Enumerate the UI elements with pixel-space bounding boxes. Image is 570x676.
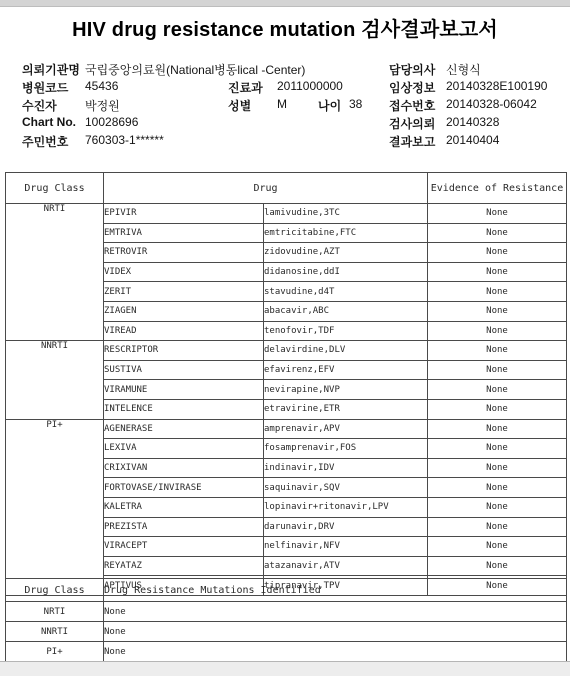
drug-brand-cell: LEXIVA — [104, 439, 264, 459]
drug-brand-cell: REYATAZ — [104, 556, 264, 576]
report-date-value: 20140404 — [446, 133, 499, 147]
order-date-value: 20140328 — [446, 115, 499, 129]
evidence-cell: None — [428, 399, 567, 419]
requesting-org-label: 의뢰기관명 — [22, 61, 80, 78]
evidence-cell: None — [428, 439, 567, 459]
drug-generic-cell: delavirdine,DLV — [264, 341, 428, 361]
department-value: 2011000000 — [277, 79, 343, 93]
page-title: HIV drug resistance mutation 검사결과보고서 — [0, 13, 570, 42]
drug-generic-cell: saquinavir,SQV — [264, 478, 428, 498]
mutation-drug-class-cell: NNRTI — [6, 622, 104, 642]
drug-generic-cell: didanosine,ddI — [264, 262, 428, 282]
hospital-code-label: 병원코드 — [22, 79, 68, 96]
evidence-cell: None — [428, 204, 567, 224]
drug-brand-cell: AGENERASE — [104, 419, 264, 439]
drug-brand-cell: VIDEX — [104, 262, 264, 282]
resident-id-label: 주민번호 — [22, 133, 68, 150]
evidence-cell: None — [428, 517, 567, 537]
report-page: { "page": { "title": "HIV drug resistanc… — [0, 0, 570, 676]
age-label: 나이 — [318, 97, 341, 114]
clinical-info-value: 20140328E100190 — [446, 79, 547, 93]
drug-brand-cell: FORTOVASE/INVIRASE — [104, 478, 264, 498]
drug-generic-cell: zidovudine,AZT — [264, 243, 428, 263]
drug-brand-cell: EPIVIR — [104, 204, 264, 224]
horizontal-scrollbar-track[interactable] — [0, 661, 570, 676]
resistance-table: Drug Class Drug Evidence of Resistance N… — [5, 172, 567, 596]
evidence-cell: None — [428, 223, 567, 243]
evidence-cell: None — [428, 321, 567, 341]
drug-header: Drug — [104, 173, 428, 204]
drug-class-cell: PI+ — [6, 419, 104, 595]
evidence-cell: None — [428, 380, 567, 400]
drug-brand-cell: VIREAD — [104, 321, 264, 341]
requesting-org-value: 국립중앙의료원(National병동lical -Center) — [85, 61, 305, 78]
mutation-row: PI+None — [6, 642, 567, 662]
mutation-row: NNRTINone — [6, 622, 567, 642]
mutations-identified-cell: None — [104, 622, 567, 642]
drug-generic-cell: nevirapine,NVP — [264, 380, 428, 400]
drug-generic-cell: stavudine,d4T — [264, 282, 428, 302]
drug-generic-cell: nelfinavir,NFV — [264, 537, 428, 557]
patient-name-label: 수진자 — [22, 97, 57, 114]
mutations-identified-cell: None — [104, 642, 567, 662]
doctor-value: 신형식 — [446, 61, 481, 78]
resident-id-value: 760303-1****** — [85, 133, 164, 147]
sex-value: M — [277, 97, 287, 111]
clinical-info-label: 임상정보 — [389, 79, 435, 96]
evidence-cell: None — [428, 478, 567, 498]
evidence-cell: None — [428, 556, 567, 576]
evidence-cell: None — [428, 301, 567, 321]
drug-row: PI+AGENERASEamprenavir,APVNone — [6, 419, 567, 439]
drug-brand-cell: ZIAGEN — [104, 301, 264, 321]
patient-name-value: 박정원 — [85, 97, 120, 114]
mutation-row: NRTINone — [6, 602, 567, 622]
chart-no-value: 10028696 — [85, 115, 138, 129]
drug-brand-cell: KALETRA — [104, 497, 264, 517]
mutations-table-header-row: Drug Class Drug Resistance Mutations Ide… — [6, 579, 567, 602]
drug-generic-cell: efavirenz,EFV — [264, 360, 428, 380]
drug-brand-cell: VIRAMUNE — [104, 380, 264, 400]
mutations-table: Drug Class Drug Resistance Mutations Ide… — [5, 578, 567, 662]
drug-brand-cell: INTELENCE — [104, 399, 264, 419]
drug-generic-cell: amprenavir,APV — [264, 419, 428, 439]
drug-generic-cell: fosamprenavir,FOS — [264, 439, 428, 459]
drug-generic-cell: tenofovir,TDF — [264, 321, 428, 341]
drug-brand-cell: ZERIT — [104, 282, 264, 302]
doctor-label: 담당의사 — [389, 61, 435, 78]
mutations-identified-header: Drug Resistance Mutations Identified — [104, 579, 567, 602]
resistance-table-header-row: Drug Class Drug Evidence of Resistance — [6, 173, 567, 204]
evidence-cell: None — [428, 243, 567, 263]
drug-row: NNRTIRESCRIPTORdelavirdine,DLVNone — [6, 341, 567, 361]
order-date-label: 검사의뢰 — [389, 115, 435, 132]
evidence-cell: None — [428, 537, 567, 557]
mutation-drug-class-cell: NRTI — [6, 602, 104, 622]
drug-generic-cell: abacavir,ABC — [264, 301, 428, 321]
drug-generic-cell: darunavir,DRV — [264, 517, 428, 537]
drug-brand-cell: RESCRIPTOR — [104, 341, 264, 361]
drug-generic-cell: lamivudine,3TC — [264, 204, 428, 224]
evidence-cell: None — [428, 282, 567, 302]
evidence-cell: None — [428, 497, 567, 517]
evidence-cell: None — [428, 360, 567, 380]
chart-no-label: Chart No. — [22, 115, 76, 129]
drug-brand-cell: RETROVIR — [104, 243, 264, 263]
evidence-cell: None — [428, 262, 567, 282]
drug-brand-cell: CRIXIVAN — [104, 458, 264, 478]
department-label: 진료과 — [228, 79, 263, 96]
resistance-table-body: NRTIEPIVIRlamivudine,3TCNoneEMTRIVAemtri… — [6, 204, 567, 596]
window-top-edge — [0, 0, 570, 7]
drug-generic-cell: emtricitabine,FTC — [264, 223, 428, 243]
mutations-drug-class-header: Drug Class — [6, 579, 104, 602]
drug-generic-cell: atazanavir,ATV — [264, 556, 428, 576]
evidence-cell: None — [428, 419, 567, 439]
sex-label: 성별 — [228, 97, 251, 114]
age-value: 38 — [349, 97, 362, 111]
drug-class-cell: NNRTI — [6, 341, 104, 419]
drug-brand-cell: PREZISTA — [104, 517, 264, 537]
mutations-table-body: NRTINoneNNRTINonePI+None — [6, 602, 567, 662]
drug-generic-cell: indinavir,IDV — [264, 458, 428, 478]
drug-brand-cell: EMTRIVA — [104, 223, 264, 243]
evidence-cell: None — [428, 458, 567, 478]
report-date-label: 결과보고 — [389, 133, 435, 150]
mutations-identified-cell: None — [104, 602, 567, 622]
hospital-code-value: 45436 — [85, 79, 118, 93]
accession-no-label: 접수번호 — [389, 97, 435, 114]
drug-generic-cell: etravirine,ETR — [264, 399, 428, 419]
accession-no-value: 20140328-06042 — [446, 97, 537, 111]
drug-class-cell: NRTI — [6, 204, 104, 341]
evidence-cell: None — [428, 341, 567, 361]
drug-generic-cell: lopinavir+ritonavir,LPV — [264, 497, 428, 517]
mutation-drug-class-cell: PI+ — [6, 642, 104, 662]
drug-class-header: Drug Class — [6, 173, 104, 204]
drug-brand-cell: SUSTIVA — [104, 360, 264, 380]
evidence-header: Evidence of Resistance — [428, 173, 567, 204]
drug-brand-cell: VIRACEPT — [104, 537, 264, 557]
drug-row: NRTIEPIVIRlamivudine,3TCNone — [6, 204, 567, 224]
